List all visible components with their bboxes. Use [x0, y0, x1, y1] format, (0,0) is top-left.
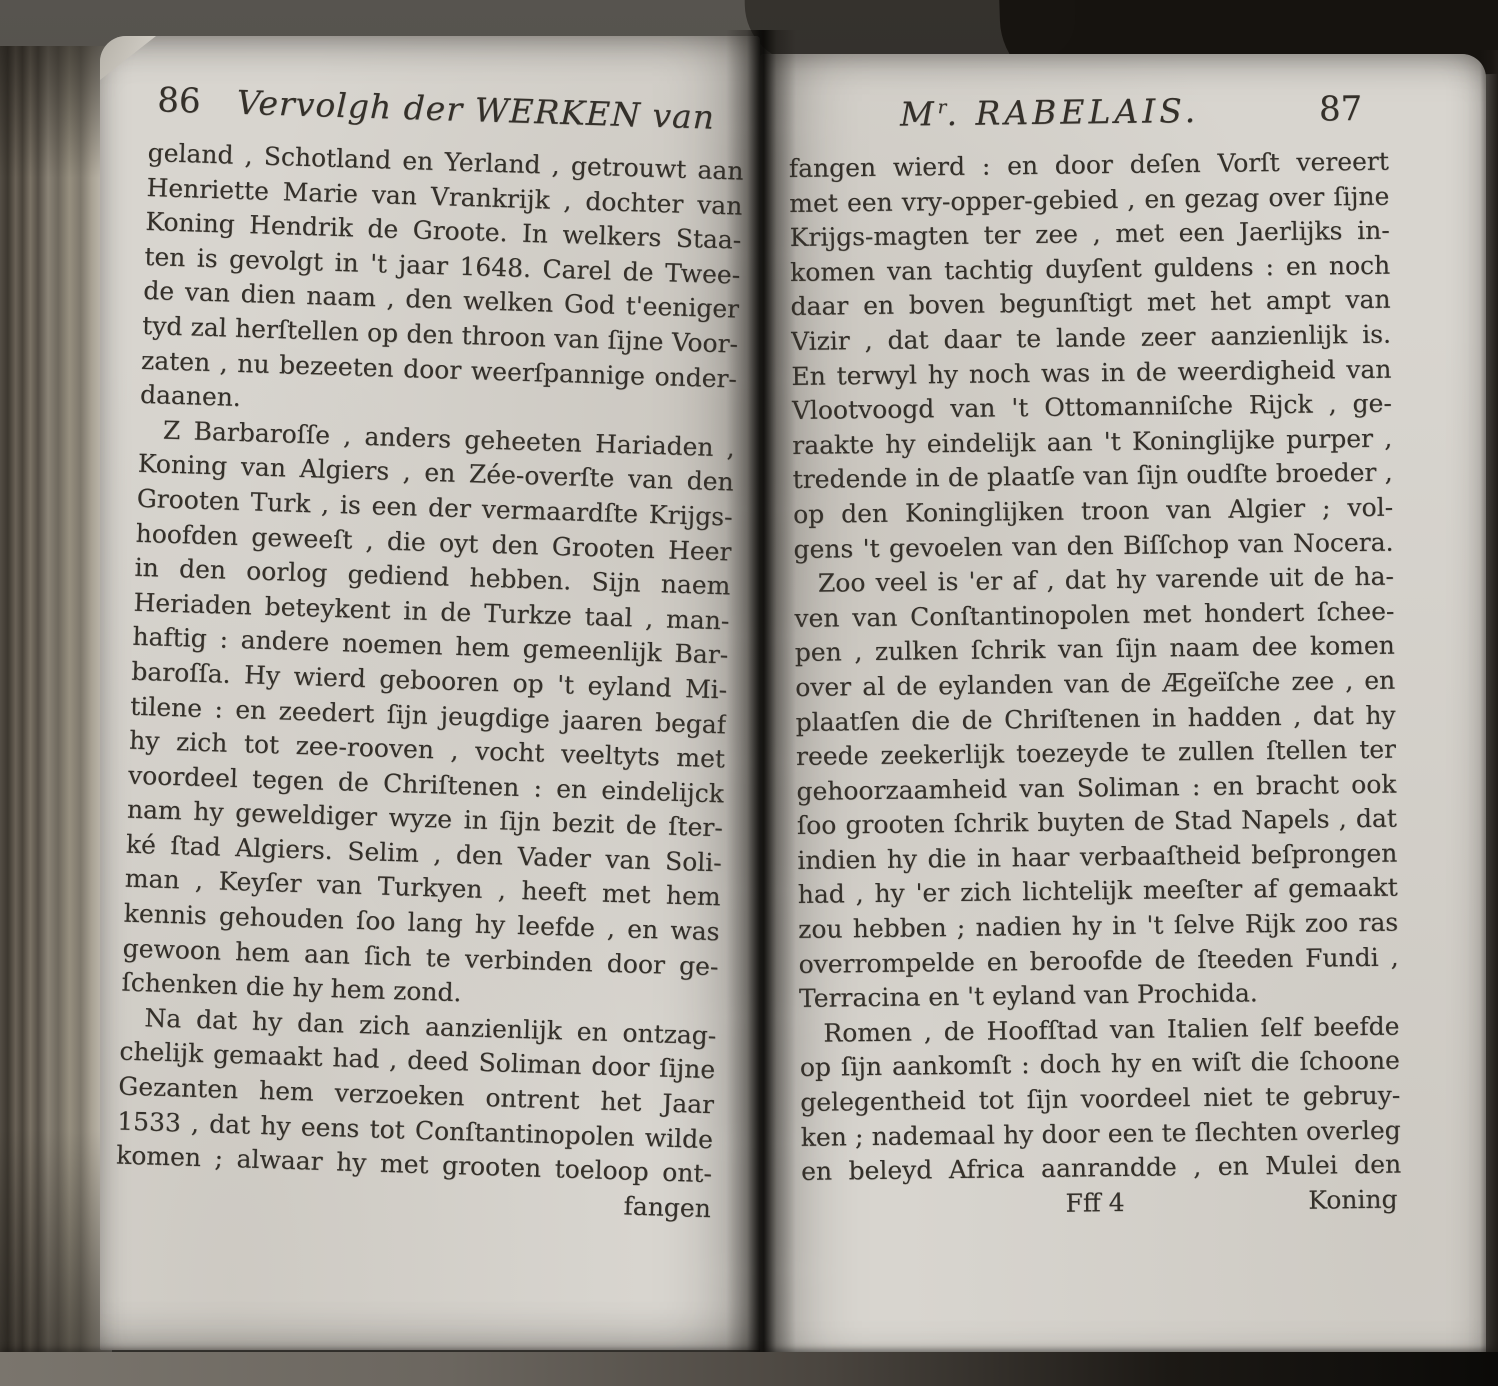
right-header-prefix: M: [900, 94, 938, 133]
right-page-number: 87: [1319, 89, 1363, 130]
page-edge-right: [1480, 50, 1498, 1370]
page-block-fore-edge: [0, 46, 112, 1366]
right-page-text: Mr. RABELAIS. 87 fangen wierd : en door …: [788, 89, 1402, 1225]
right-running-header: Mr. RABELAIS. 87: [788, 89, 1388, 140]
right-body-text: fangen wierd : en door deſen Vorſt veree…: [789, 145, 1402, 1190]
right-header-title: Mr. RABELAIS.: [788, 90, 1311, 135]
left-page-number: 86: [157, 80, 202, 121]
book-photo: 86 Vervolgh der WERKEN van geland , Scho…: [0, 0, 1498, 1386]
left-page-text: 86 Vervolgh der WERKEN van geland , Scho…: [115, 80, 746, 1227]
table-surface: [0, 1352, 1498, 1386]
left-body-text: geland , Schotland en Yerland , getrouwt…: [116, 136, 744, 1192]
right-header-rest: . RABELAIS.: [946, 91, 1199, 133]
signature-mark: Fff 4: [1065, 1186, 1124, 1221]
signature-line: Fff 4 Koning: [801, 1182, 1401, 1224]
right-catchword: Koning: [1308, 1182, 1398, 1218]
gutter-shadow: [726, 30, 796, 1370]
folded-corner: [100, 36, 156, 80]
